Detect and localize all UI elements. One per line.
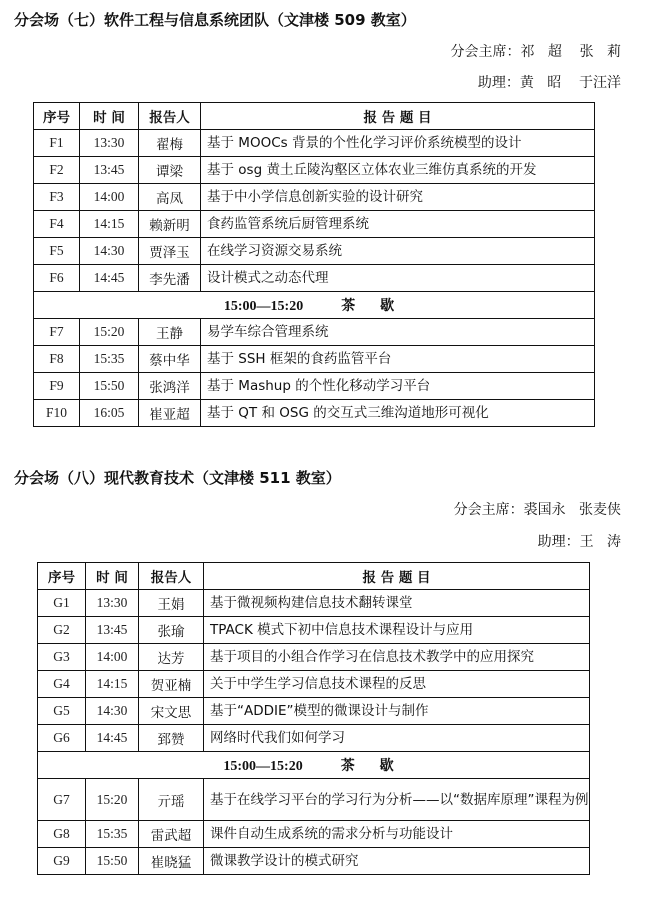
speaker-name: 雷武超	[139, 821, 204, 848]
talk-topic: 基于 osg 黄土丘陵沟壑区立体农业三维仿真系统的开发	[201, 157, 595, 184]
session-time: 16:05	[80, 400, 139, 427]
section-8-schedule-table: 序号 时 间 报告人 报 告 题 目 G113:30王娟基于微视频构建信息技术翻…	[37, 562, 590, 875]
session-id: G1	[38, 590, 86, 617]
table-row: F715:20王静易学车综合管理系统	[34, 319, 595, 346]
speaker-name: 张鸿洋	[139, 373, 201, 400]
speaker-name: 翟梅	[139, 130, 201, 157]
break-label: 茶 歇	[341, 298, 404, 314]
break-time: 15:00—15:20	[223, 759, 302, 774]
session-time: 13:45	[86, 617, 139, 644]
talk-topic: 基于在线学习平台的学习行为分析——以“数据库原理”课程为例	[204, 779, 590, 821]
session-time: 13:30	[86, 590, 139, 617]
session-time: 15:35	[86, 821, 139, 848]
talk-topic: 基于 SSH 框架的食药监管平台	[201, 346, 595, 373]
session-id: F5	[34, 238, 80, 265]
talk-topic: 基于微视频构建信息技术翻转课堂	[204, 590, 590, 617]
session-time: 14:00	[80, 184, 139, 211]
table-row: G614:45郅赞网络时代我们如何学习	[38, 725, 590, 752]
speaker-name: 高凤	[139, 184, 201, 211]
header-speaker: 报告人	[139, 563, 204, 590]
table-row: F1016:05崔亚超基于 QT 和 OSG 的交互式三维沟道地形可视化	[34, 400, 595, 427]
table-header-row: 序号 时 间 报告人 报 告 题 目	[38, 563, 590, 590]
session-id: G2	[38, 617, 86, 644]
table-row: G915:50崔晓猛微课教学设计的模式研究	[38, 848, 590, 875]
session-time: 13:30	[80, 130, 139, 157]
session-id: F2	[34, 157, 80, 184]
session-time: 14:45	[86, 725, 139, 752]
speaker-name: 贺亚楠	[139, 671, 204, 698]
table-row: G414:15贺亚楠关于中学生学习信息技术课程的反思	[38, 671, 590, 698]
table-row: F213:45谭梁基于 osg 黄土丘陵沟壑区立体农业三维仿真系统的开发	[34, 157, 595, 184]
talk-topic: TPACK 模式下初中信息技术课程设计与应用	[204, 617, 590, 644]
speaker-name: 亓瑶	[139, 779, 204, 821]
talk-topic: 基于项目的小组合作学习在信息技术教学中的应用探究	[204, 644, 590, 671]
table-row: F314:00高凤基于中小学信息创新实验的设计研究	[34, 184, 595, 211]
speaker-name: 王娟	[139, 590, 204, 617]
session-id: F9	[34, 373, 80, 400]
section-7-assistants: 助理：黄 昭 于汪洋	[478, 72, 621, 92]
table-row: F614:45李先潘设计模式之动态代理	[34, 265, 595, 292]
tea-break-cell: 15:00—15:20茶 歇	[38, 752, 590, 779]
break-label: 茶 歇	[341, 758, 404, 774]
tea-break-cell: 15:00—15:20茶 歇	[34, 292, 595, 319]
session-id: G9	[38, 848, 86, 875]
session-time: 14:00	[86, 644, 139, 671]
speaker-name: 谭梁	[139, 157, 201, 184]
table-row: G213:45张瑜TPACK 模式下初中信息技术课程设计与应用	[38, 617, 590, 644]
table-row: F414:15赖新明食药监管系统后厨管理系统	[34, 211, 595, 238]
header-id: 序号	[38, 563, 86, 590]
session-time: 14:30	[80, 238, 139, 265]
header-topic: 报 告 题 目	[204, 563, 590, 590]
session-time: 14:15	[80, 211, 139, 238]
table-header-row: 序号 时 间 报告人 报 告 题 目	[34, 103, 595, 130]
table-row: F915:50张鸿洋基于 Mashup 的个性化移动学习平台	[34, 373, 595, 400]
session-id: G7	[38, 779, 86, 821]
talk-topic: 易学车综合管理系统	[201, 319, 595, 346]
talk-topic: 基于 QT 和 OSG 的交互式三维沟道地形可视化	[201, 400, 595, 427]
tea-break-row: 15:00—15:20茶 歇	[34, 292, 595, 319]
header-topic: 报 告 题 目	[201, 103, 595, 130]
session-id: F8	[34, 346, 80, 373]
session-id: F4	[34, 211, 80, 238]
section-8-title: 分会场（八）现代教育技术（文津楼 511 教室）	[14, 467, 341, 488]
table-row: G113:30王娟基于微视频构建信息技术翻转课堂	[38, 590, 590, 617]
header-time: 时 间	[80, 103, 139, 130]
session-id: G5	[38, 698, 86, 725]
table-row: F514:30贾泽玉在线学习资源交易系统	[34, 238, 595, 265]
session-id: F1	[34, 130, 80, 157]
session-time: 15:20	[86, 779, 139, 821]
speaker-name: 蔡中华	[139, 346, 201, 373]
table-row: G514:30宋文思基于“ADDIE”模型的微课设计与制作	[38, 698, 590, 725]
talk-topic: 食药监管系统后厨管理系统	[201, 211, 595, 238]
session-id: F6	[34, 265, 80, 292]
speaker-name: 李先潘	[139, 265, 201, 292]
talk-topic: 在线学习资源交易系统	[201, 238, 595, 265]
tea-break-row: 15:00—15:20茶 歇	[38, 752, 590, 779]
session-time: 13:45	[80, 157, 139, 184]
speaker-name: 崔亚超	[139, 400, 201, 427]
talk-topic: 课件自动生成系统的需求分析与功能设计	[204, 821, 590, 848]
session-id: G6	[38, 725, 86, 752]
speaker-name: 崔晓猛	[139, 848, 204, 875]
session-id: F10	[34, 400, 80, 427]
session-id: G3	[38, 644, 86, 671]
break-time: 15:00—15:20	[224, 299, 303, 314]
session-time: 15:50	[86, 848, 139, 875]
table-row: F815:35蔡中华基于 SSH 框架的食药监管平台	[34, 346, 595, 373]
session-time: 14:45	[80, 265, 139, 292]
section-7-schedule-table: 序号 时 间 报告人 报 告 题 目 F113:30翟梅基于 MOOCs 背景的…	[33, 102, 595, 427]
session-time: 14:30	[86, 698, 139, 725]
section-7-chairs: 分会主席：祁 超 张 莉	[450, 41, 621, 61]
talk-topic: 关于中学生学习信息技术课程的反思	[204, 671, 590, 698]
talk-topic: 基于中小学信息创新实验的设计研究	[201, 184, 595, 211]
header-time: 时 间	[86, 563, 139, 590]
table-row: G314:00达芳基于项目的小组合作学习在信息技术教学中的应用探究	[38, 644, 590, 671]
speaker-name: 赖新明	[139, 211, 201, 238]
session-id: F3	[34, 184, 80, 211]
section-8-chairs: 分会主席：裘国永 张麦侠	[454, 499, 621, 519]
speaker-name: 宋文思	[139, 698, 204, 725]
section-8-assistants: 助理：王 涛	[538, 531, 621, 551]
speaker-name: 张瑜	[139, 617, 204, 644]
session-time: 15:35	[80, 346, 139, 373]
talk-topic: 基于 MOOCs 背景的个性化学习评价系统模型的设计	[201, 130, 595, 157]
table-row: F113:30翟梅基于 MOOCs 背景的个性化学习评价系统模型的设计	[34, 130, 595, 157]
talk-topic: 网络时代我们如何学习	[204, 725, 590, 752]
session-id: F7	[34, 319, 80, 346]
section-7-title: 分会场（七）软件工程与信息系统团队（文津楼 509 教室）	[14, 9, 416, 30]
talk-topic: 基于 Mashup 的个性化移动学习平台	[201, 373, 595, 400]
session-time: 14:15	[86, 671, 139, 698]
speaker-name: 郅赞	[139, 725, 204, 752]
table-row: G815:35雷武超课件自动生成系统的需求分析与功能设计	[38, 821, 590, 848]
speaker-name: 达芳	[139, 644, 204, 671]
session-id: G4	[38, 671, 86, 698]
header-speaker: 报告人	[139, 103, 201, 130]
talk-topic: 设计模式之动态代理	[201, 265, 595, 292]
session-time: 15:20	[80, 319, 139, 346]
speaker-name: 贾泽玉	[139, 238, 201, 265]
header-id: 序号	[34, 103, 80, 130]
session-time: 15:50	[80, 373, 139, 400]
table-row: G715:20亓瑶基于在线学习平台的学习行为分析——以“数据库原理”课程为例	[38, 779, 590, 821]
talk-topic: 微课教学设计的模式研究	[204, 848, 590, 875]
session-id: G8	[38, 821, 86, 848]
speaker-name: 王静	[139, 319, 201, 346]
talk-topic: 基于“ADDIE”模型的微课设计与制作	[204, 698, 590, 725]
